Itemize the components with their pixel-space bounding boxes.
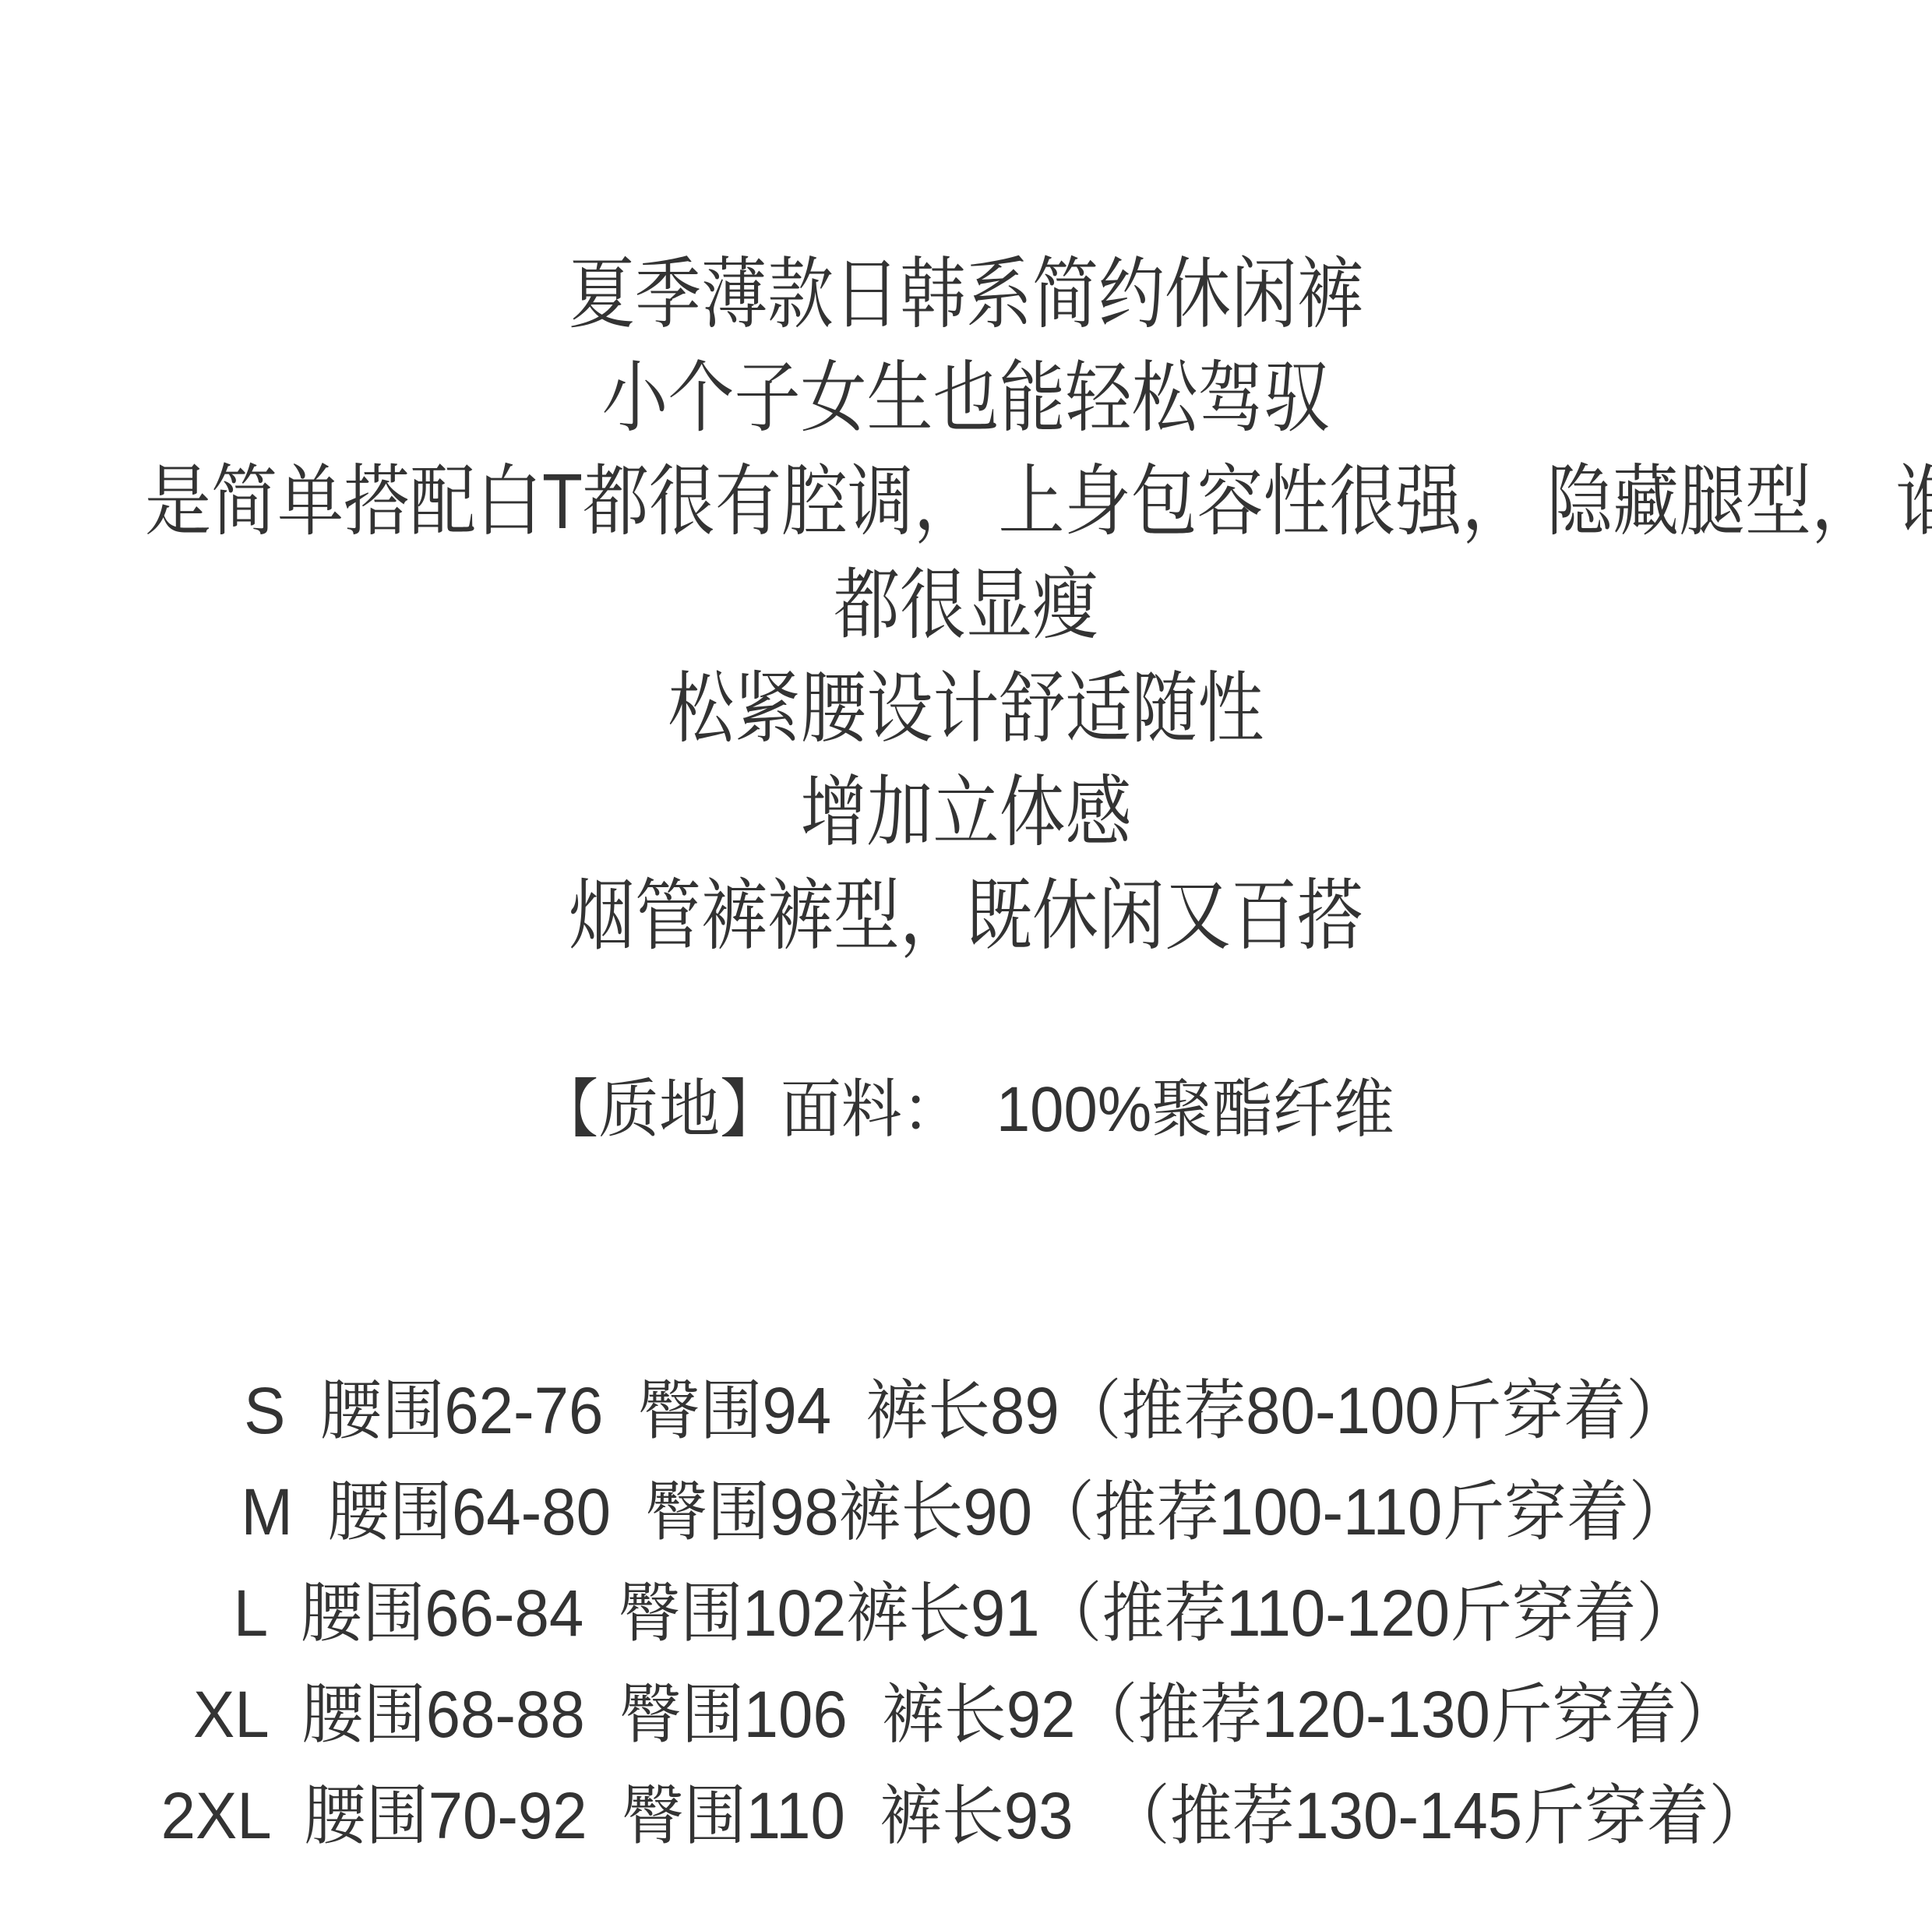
intro-line-3: 是简单搭配白T都很有腔调， 上身包容性很强， 隐藏腿型， 谁穿	[145, 450, 1787, 554]
size-row-xl: XL 腰围68-88 臀围106 裤长92（推荐120-130斤穿着）	[48, 1664, 1884, 1765]
intro-line-5: 松紧腰设计舒适随性	[145, 657, 1787, 761]
intro-line-title: 夏季薄款日韩系简约休闲裤	[145, 243, 1787, 347]
intro-line-2: 小个子女生也能轻松驾驭	[145, 347, 1787, 450]
intro-line-7: 烟管裤裤型，既休闲又百搭	[145, 865, 1787, 968]
intro-line-6: 增加立体感	[145, 761, 1787, 865]
product-intro-paragraph: 夏季薄款日韩系简约休闲裤 小个子女生也能轻松驾驭 是简单搭配白T都很有腔调， 上…	[0, 0, 1932, 968]
product-description-page: 夏季薄款日韩系简约休闲裤 小个子女生也能轻松驾驭 是简单搭配白T都很有腔调， 上…	[0, 0, 1932, 1913]
size-row-m: M 腰围64-80 臀围98裤长90（推荐100-110斤穿着）	[48, 1461, 1884, 1562]
size-row-s: S 腰围62-76 臀围94 裤长89（推荐80-100斤穿着）	[48, 1360, 1884, 1461]
fabric-info-line: 【质地】面料： 100%聚酯纤维	[48, 1058, 1884, 1161]
fabric-info-section: 【质地】面料： 100%聚酯纤维	[0, 1058, 1932, 1161]
size-chart: S 腰围62-76 臀围94 裤长89（推荐80-100斤穿着） M 腰围64-…	[0, 1360, 1932, 1866]
size-row-2xl: 2XL 腰围70-92 臀围110 裤长93 （推荐130-145斤穿着）	[48, 1765, 1884, 1866]
intro-line-4: 都很显瘦	[145, 554, 1787, 657]
size-row-l: L 腰围66-84 臀围102裤长91（推荐110-120斤穿着）	[48, 1562, 1884, 1664]
